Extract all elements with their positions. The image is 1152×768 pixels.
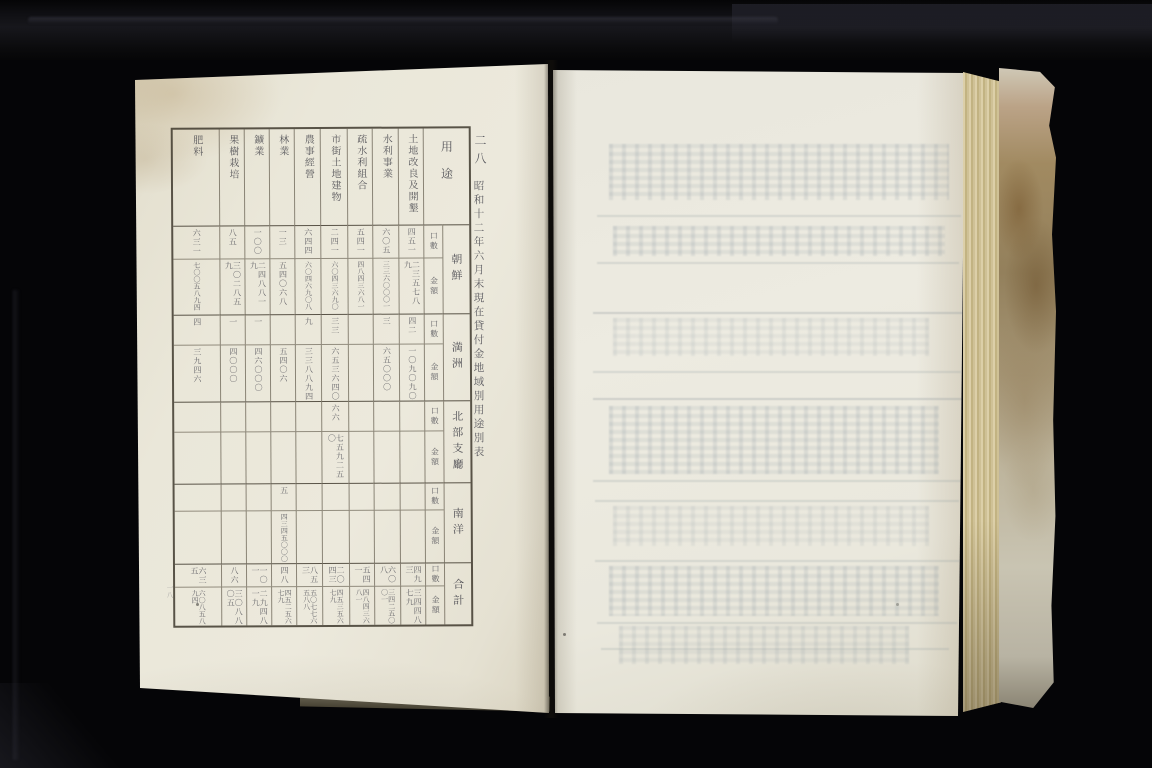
amount-value-cell: 三三六〇〇〇一	[372, 258, 398, 314]
count-value-cell-text: 八六	[230, 564, 238, 586]
category-header-cell-text: 土地改良及開墾	[406, 129, 417, 225]
count-sublabel-cell: 口數	[425, 562, 444, 585]
amount-value-cell	[295, 431, 321, 483]
count-value-cell-text: 六三五	[190, 565, 206, 587]
amount-value-cell: 三〇二八五九	[219, 258, 244, 314]
count-value-cell: 一〇一	[246, 563, 271, 586]
amount-value-cell-text: 三三八八九四	[304, 345, 312, 401]
count-value-cell-text: 四	[193, 316, 201, 345]
amount-value-cell	[349, 510, 374, 563]
count-value-cell-text: 六四四	[304, 226, 312, 258]
amount-value-cell-text: 四〇〇〇	[229, 345, 237, 401]
amount-value-cell-text: 七〇〇五八九四	[193, 260, 200, 315]
amount-value-cell	[348, 344, 373, 401]
category-header-cell: 疏水利組合	[347, 129, 373, 225]
amount-sublabel-cell: 金額	[425, 509, 444, 562]
amount-value-cell: 五四〇六	[270, 344, 295, 401]
amount-value-cell-text: 四六〇〇〇	[254, 345, 262, 401]
count-value-cell: 六〇八	[374, 563, 400, 586]
count-value-cell-text: 四五一	[407, 226, 415, 258]
category-header-cell: 農事經營	[294, 129, 321, 225]
count-value-cell-text: 一	[229, 315, 237, 344]
count-value-cell-text: 三三	[331, 315, 339, 344]
amount-value-cell-text: 三〇二八五九	[224, 259, 240, 314]
amount-value-cell	[174, 432, 220, 484]
amount-value-cell-text: 七五九二五〇	[327, 432, 343, 483]
amount-value-cell-text: 三三六〇〇〇一	[382, 259, 389, 314]
amount-sublabel-cell-text: 金額	[431, 526, 439, 546]
amount-value-cell: 七五九二五〇	[321, 431, 348, 483]
showthrough-rule	[597, 215, 961, 217]
amount-value-cell	[348, 431, 373, 483]
count-value-cell: 三三	[321, 314, 348, 344]
amount-sublabel-cell-text: 金額	[430, 362, 438, 382]
amount-value-cell	[221, 510, 246, 563]
count-value-cell	[373, 401, 399, 431]
count-value-cell-text: 四九三	[405, 563, 421, 585]
amount-value-cell	[296, 510, 322, 563]
amount-value-cell: 四八四三六八一	[347, 258, 372, 314]
category-header-cell-text: 市街土地建物	[329, 129, 340, 225]
page-title: 昭和十二年六月末現在貸付金地域別用途別表	[473, 180, 484, 480]
count-value-cell: 六〇五	[372, 225, 398, 258]
count-value-cell-text: 一〇一	[251, 564, 267, 586]
count-sublabel-cell-text: 口數	[431, 486, 439, 506]
count-value-cell-text: 五	[280, 484, 288, 510]
region-label-cell-text: 満洲	[451, 341, 462, 373]
count-value-cell-text: 九	[304, 315, 312, 344]
count-value-cell: 八六	[221, 563, 246, 586]
category-header-cell: 市街土地建物	[320, 129, 348, 225]
amount-value-cell-text: 二四八八一九	[249, 259, 265, 314]
count-value-cell-text: 一	[254, 315, 262, 344]
amount-value-cell-text: 三〇八八〇五	[226, 587, 242, 625]
count-value-cell	[322, 483, 349, 510]
case-frame-bottom-left	[0, 683, 130, 768]
region-label-cell-text: 南洋	[452, 507, 463, 539]
region-label-cell-text: 合計	[453, 578, 464, 610]
amount-sublabel-cell: 金額	[424, 430, 443, 482]
category-header-cell-text: 鑛業	[252, 129, 263, 225]
count-value-cell-text: 八五	[228, 226, 236, 258]
count-value-cell-text: 六〇五	[382, 226, 390, 258]
table-corner-usage-label-text: 用途	[440, 128, 453, 224]
region-label-cell: 北部支廳	[443, 400, 470, 482]
case-frame-highlight	[28, 17, 778, 24]
count-sublabel-cell-text: 口數	[430, 319, 438, 339]
count-value-cell: 六四四	[294, 225, 320, 258]
showthrough-text	[609, 406, 939, 474]
count-value-cell: 一三	[269, 225, 294, 258]
count-value-cell	[349, 483, 374, 510]
region-label-cell: 満洲	[443, 313, 470, 400]
count-value-cell: 六三一	[173, 226, 219, 259]
showthrough-text	[609, 566, 939, 616]
paper-speck	[563, 633, 566, 636]
amount-value-cell: 二三五七八九	[398, 257, 423, 313]
region-label-cell: 南洋	[444, 482, 471, 562]
category-header-cell-text: 果樹栽培	[227, 129, 238, 225]
amount-value-cell	[322, 510, 349, 563]
amount-value-cell: 四八四三六八一	[349, 586, 374, 625]
amount-value-cell-text: 三九四六	[193, 346, 201, 402]
amount-value-cell: 二四八八一九	[244, 258, 269, 314]
amount-value-cell-text: 三四二五〇〇一	[381, 587, 395, 625]
count-value-cell	[246, 483, 271, 510]
amount-value-cell	[270, 431, 295, 483]
count-sublabel-cell-text: 口數	[429, 231, 437, 251]
count-value-cell-text: 一三	[278, 226, 286, 258]
amount-value-cell-text: 六五三六四〇	[331, 345, 339, 401]
region-label-cell: 朝鮮	[442, 224, 469, 313]
amount-value-cell	[374, 510, 400, 563]
showthrough-rule	[593, 312, 965, 314]
amount-sublabel-cell-text: 金額	[430, 447, 438, 467]
region-label-cell-text: 北部支廳	[452, 410, 463, 474]
amount-sublabel-cell: 金額	[425, 585, 444, 624]
page-number: 二八	[474, 134, 486, 170]
count-value-cell: 六三五	[175, 564, 221, 587]
count-sublabel-cell: 口數	[425, 482, 444, 509]
amount-value-cell	[373, 431, 399, 483]
count-value-cell: 五四一	[349, 563, 374, 586]
amount-value-cell-text: 五〇七七六五八八	[303, 587, 317, 625]
amount-value-cell: 六五三六四〇	[321, 344, 348, 401]
count-value-cell-text: 六三一	[192, 227, 200, 259]
amount-value-cell-text: 三四四八七九	[405, 586, 421, 624]
amount-value-cell: 四〇〇〇	[220, 344, 245, 401]
count-value-cell: 四五一	[398, 224, 423, 257]
amount-value-cell	[246, 510, 271, 563]
category-header-cell-text: 農事經營	[302, 129, 313, 225]
count-value-cell-text: 一〇〇	[253, 226, 261, 258]
category-header-cell: 肥料	[173, 130, 220, 226]
right-page	[549, 66, 967, 720]
count-value-cell	[348, 314, 373, 344]
count-value-cell	[220, 401, 245, 431]
amount-value-cell: 三四四八七九	[400, 585, 425, 624]
amount-value-cell	[220, 431, 245, 483]
count-value-cell-text: 五四一	[356, 226, 364, 258]
count-sublabel-cell-text: 口數	[431, 564, 439, 584]
count-sublabel-cell-text: 口數	[430, 406, 438, 426]
count-value-cell: 四九三	[400, 562, 425, 585]
count-value-cell	[348, 401, 373, 431]
amount-value-cell-text: 五四〇六	[279, 345, 287, 401]
stained-loose-page	[999, 68, 1056, 708]
amount-value-cell: 四三四五〇〇〇	[271, 510, 296, 563]
page-stack-edge	[963, 72, 1001, 712]
showthrough-rule	[597, 262, 959, 264]
count-value-cell: 四二	[399, 313, 424, 343]
showthrough-text	[613, 318, 929, 356]
amount-value-cell: 六〇八五八九四	[175, 587, 221, 626]
category-header-cell: 水利事業	[372, 129, 399, 225]
amount-value-cell-text: 六五〇〇〇	[382, 345, 390, 401]
amount-value-cell: 六〇四三六九〇	[320, 258, 347, 314]
count-value-cell	[270, 401, 295, 431]
amount-value-cell-text: 四八四三六八一	[355, 587, 369, 625]
count-value-cell	[270, 314, 295, 344]
category-header-cell-text: 肥料	[191, 130, 202, 226]
count-value-cell-text: 八五三	[301, 564, 317, 586]
amount-value-cell: 四六〇〇〇	[245, 344, 270, 401]
amount-value-cell-text: 四五三五六七九	[329, 587, 343, 625]
count-value-cell	[400, 482, 425, 509]
count-value-cell-text: 六六	[331, 402, 339, 431]
amount-value-cell	[400, 509, 425, 562]
category-header-cell: 土地改良及開墾	[398, 128, 424, 224]
count-value-cell: 四	[174, 315, 220, 345]
amount-value-cell-text: 六〇八五八九四	[191, 588, 205, 626]
paper-speck	[196, 603, 199, 606]
amount-value-cell: 四五三五六七九	[322, 586, 349, 625]
count-value-cell-text: 四八	[280, 564, 288, 586]
amount-value-cell	[175, 511, 221, 564]
category-header-cell-text: 疏水利組合	[355, 129, 366, 225]
category-header-cell-text: 水利事業	[380, 129, 391, 225]
showthrough-text	[619, 626, 909, 664]
amount-value-cell	[399, 430, 424, 482]
amount-value-cell-text: 六〇四三六九〇	[331, 259, 338, 314]
count-value-cell-text: 四二	[408, 315, 416, 344]
showthrough-rule	[595, 500, 959, 502]
framed-book-photo: 用途土地改良及開墾水利事業疏水利組合市街土地建物農事經營林業鑛業果樹栽培肥料朝鮮…	[0, 0, 1152, 768]
amount-value-cell: 六五〇〇〇	[373, 344, 399, 401]
showthrough-rule	[597, 622, 957, 624]
left-page: 用途土地改良及開墾水利事業疏水利組合市街土地建物農事經營林業鑛業果樹栽培肥料朝鮮…	[133, 64, 549, 714]
count-value-cell: 六六	[321, 401, 348, 431]
count-value-cell: 九	[295, 314, 321, 344]
table-corner-usage-label: 用途	[423, 128, 470, 224]
amount-value-cell-text: 六〇四六九〇八	[304, 259, 311, 314]
margin-annotation: 一八	[166, 584, 173, 599]
count-value-cell-text: 六〇八	[379, 564, 395, 586]
amount-sublabel-cell: 金額	[423, 257, 442, 313]
count-value-cell: 三	[373, 314, 399, 344]
showthrough-text	[613, 226, 945, 256]
amount-value-cell-text: 四八四三六八一	[357, 259, 364, 314]
count-sublabel-cell: 口數	[424, 400, 443, 430]
count-value-cell	[295, 401, 321, 431]
amount-value-cell: 一〇九〇九〇	[399, 343, 424, 400]
count-value-cell	[245, 401, 270, 431]
count-value-cell: 二四一	[320, 225, 347, 258]
count-value-cell	[399, 400, 424, 430]
amount-value-cell-text: 四三四五〇〇〇	[280, 511, 287, 563]
paper-speck	[896, 603, 899, 606]
count-value-cell	[221, 483, 246, 510]
amount-value-cell: 五〇七七六五八八	[296, 586, 322, 625]
count-value-cell: 五	[271, 483, 296, 510]
amount-value-cell-text: 二三五七八九	[403, 258, 419, 313]
count-value-cell: 八五三	[296, 563, 322, 586]
count-value-cell: 八五	[219, 225, 244, 258]
amount-value-cell: 五四〇六八	[269, 258, 294, 314]
amount-value-cell	[245, 431, 270, 483]
amount-value-cell: 七〇〇五八九四	[173, 259, 219, 315]
count-value-cell	[174, 402, 220, 432]
amount-sublabel-cell-text: 金額	[431, 595, 439, 615]
amount-value-cell: 三三八八九四	[295, 344, 321, 401]
showthrough-rule	[593, 480, 961, 482]
amount-value-cell-text: 二九四八一九	[251, 587, 267, 625]
count-value-cell	[175, 484, 221, 511]
amount-value-cell-text: 五四〇六八	[278, 259, 286, 314]
count-value-cell: 四八	[271, 563, 296, 586]
showthrough-rule	[595, 560, 961, 562]
count-sublabel-cell: 口數	[423, 224, 442, 257]
count-value-cell: 一〇〇	[244, 225, 269, 258]
region-label-cell: 合計	[444, 562, 471, 624]
count-value-cell: 二〇四三	[322, 563, 349, 586]
category-header-cell: 鑛業	[244, 129, 270, 225]
category-header-cell: 林業	[269, 129, 295, 225]
amount-value-cell: 三九四六	[174, 345, 220, 402]
count-value-cell-text: 二四一	[330, 226, 338, 258]
case-frame-corner-highlight	[732, 4, 1152, 42]
count-value-cell: 五四一	[347, 225, 372, 258]
count-value-cell-text: 二〇四三	[328, 564, 344, 586]
amount-value-cell: 三〇八八〇五	[221, 586, 246, 625]
count-value-cell: 一	[245, 314, 270, 344]
region-label-cell-text: 朝鮮	[451, 253, 462, 285]
count-sublabel-cell: 口數	[424, 313, 443, 343]
amount-value-cell-text: 四五二五六七九	[277, 587, 291, 625]
amount-sublabel-cell-text: 金額	[429, 276, 437, 296]
showthrough-text	[609, 144, 949, 200]
showthrough-text	[613, 506, 929, 546]
count-value-cell: 一	[220, 314, 245, 344]
book-gutter-shadow	[544, 60, 558, 718]
amount-value-cell: 四五二五六七九	[271, 586, 296, 625]
amount-value-cell-text: 一〇九〇九〇	[408, 345, 416, 401]
count-value-cell	[374, 483, 400, 510]
category-header-cell-text: 林業	[277, 129, 288, 225]
showthrough-rule	[593, 398, 965, 400]
amount-value-cell: 二九四八一九	[246, 586, 271, 625]
amount-sublabel-cell: 金額	[424, 343, 443, 400]
count-value-cell-text: 三	[382, 315, 390, 344]
amount-value-cell: 三四二五〇〇一	[374, 586, 400, 625]
amount-value-cell: 六〇四六九〇八	[294, 258, 320, 314]
count-value-cell	[296, 483, 322, 510]
loan-table: 用途土地改良及開墾水利事業疏水利組合市街土地建物農事經營林業鑛業果樹栽培肥料朝鮮…	[171, 126, 474, 628]
count-value-cell-text: 五四一	[354, 564, 370, 586]
showthrough-rule	[593, 371, 961, 373]
category-header-cell: 果樹栽培	[219, 129, 245, 225]
